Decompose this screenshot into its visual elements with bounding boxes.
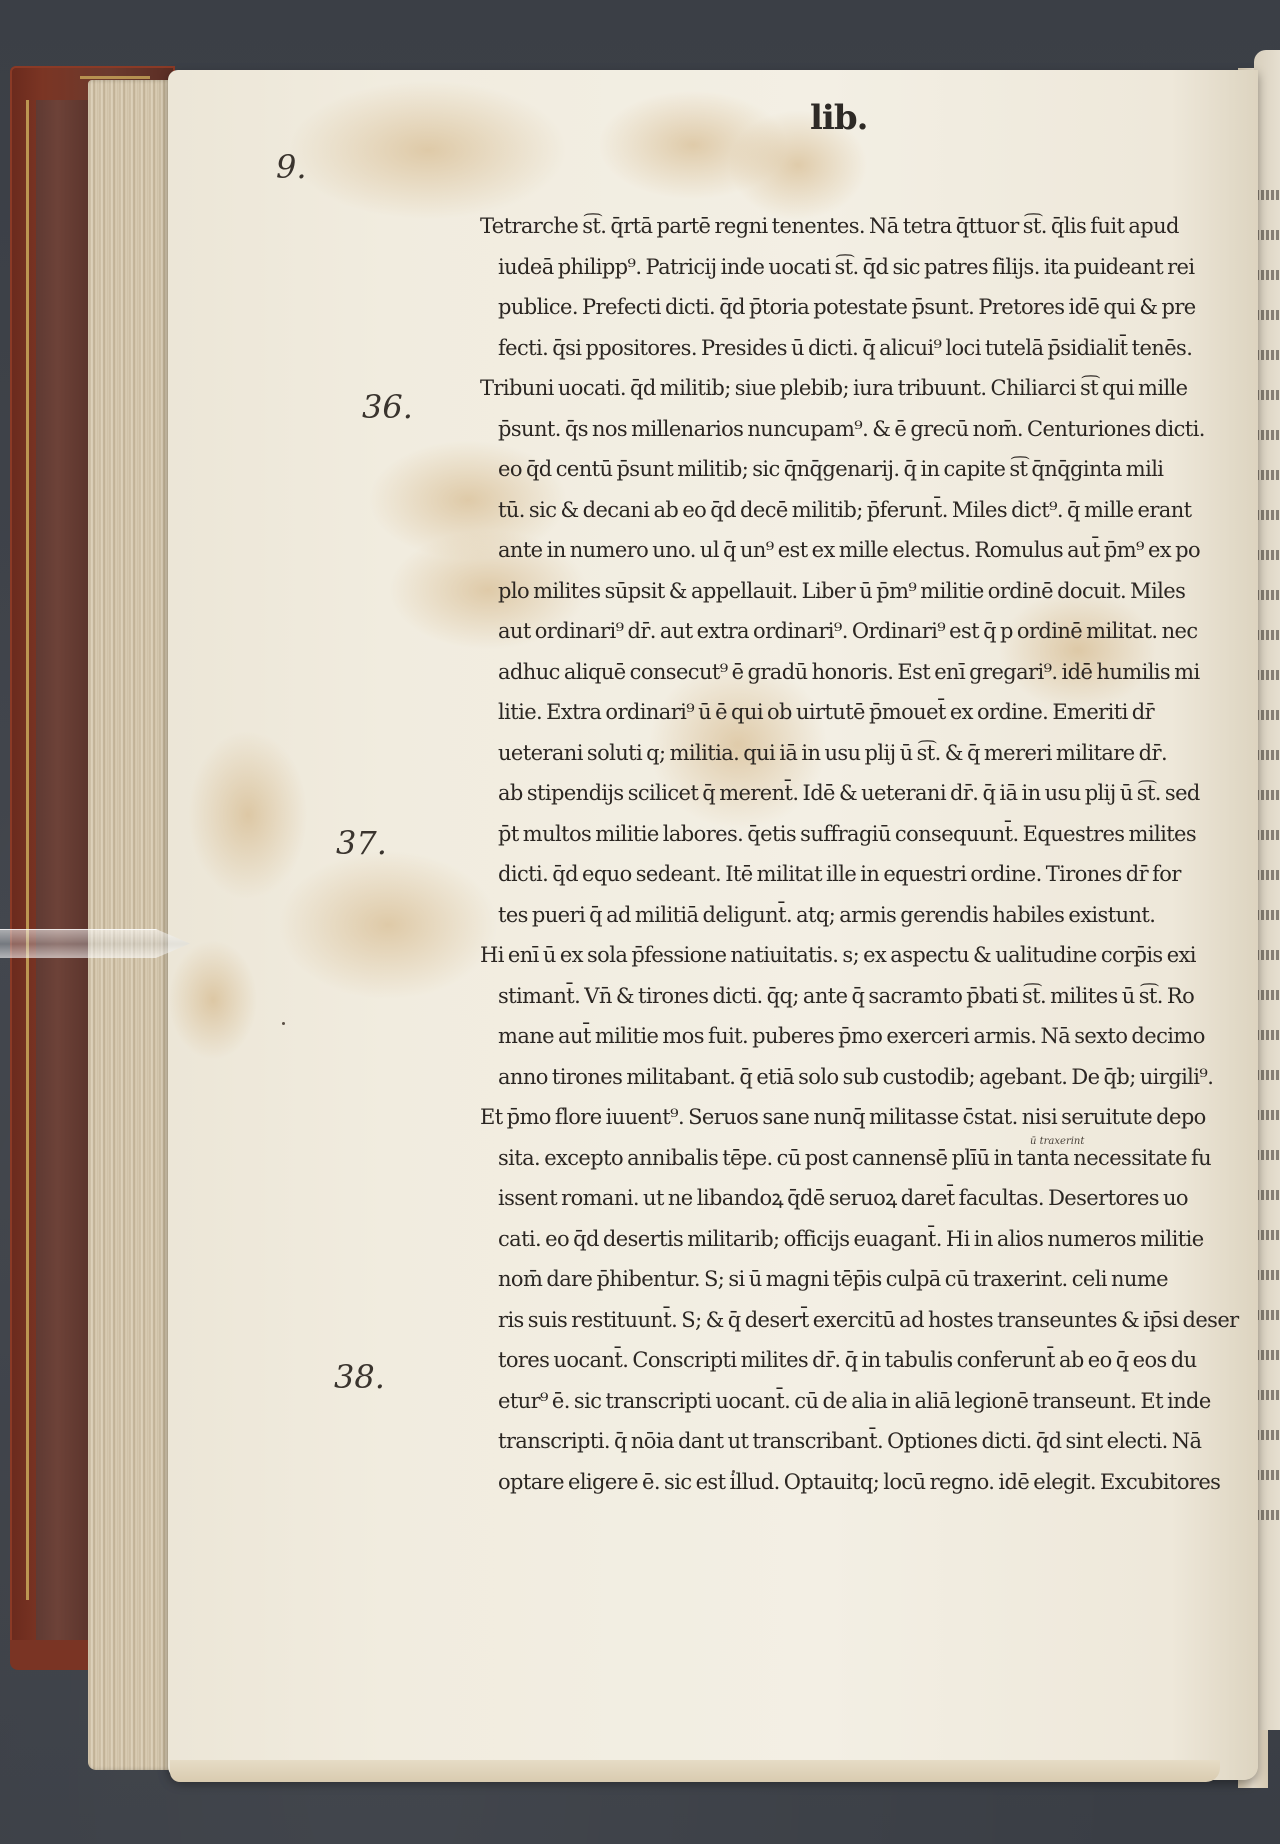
manuscript-line: fecti. q̄si ppositores. Presides ū dicti… [480,328,1240,369]
manuscript-line: etur⁹ ē. sic transcripti uocant̄. cū de … [480,1381,1240,1422]
stain [188,730,308,900]
facing-page-text-fragment [1256,830,1280,840]
manuscript-line: nom̄ dare p̄hibentur. S; si ū magni tēp̄… [480,1259,1240,1300]
facing-page-text-fragment [1256,870,1280,880]
manuscript-line: tores uocant̄. Conscripti milites dr̄. q… [480,1340,1240,1381]
facing-page-text-fragment [1256,1070,1280,1080]
manuscript-line: optare eligere ē. sic est illud. Optauit… [480,1462,1240,1503]
manuscript-line: iudeā philipp⁹. Patricij inde uocati s͡t… [480,247,1240,288]
margin-number: 38. [334,1358,385,1396]
interlinear-gloss: ū traxerint [1030,1136,1084,1147]
facing-page-text-fragment [1256,590,1280,600]
manuscript-line: Tetrarche s͡t. q̄rtā partē regni tenente… [480,206,1240,247]
facing-page-text-fragment [1256,230,1280,240]
facing-page-text-fragment [1256,350,1280,360]
manuscript-line: p̄t multos militie labores. q̄etis suffr… [480,814,1240,855]
page-pointer-bookmark[interactable] [0,929,190,958]
facing-page-text-fragment [1256,1270,1280,1280]
facing-page-text-fragment [1256,910,1280,920]
cover-gilt-line-top [80,76,150,79]
manuscript-line: Hi enī ū ex sola p̄fessione natiuitatis.… [480,935,1240,976]
manuscript-line: publice. Prefecti dicti. q̄d p̄toria pot… [480,287,1240,328]
facing-page-text-fragment [1256,1390,1280,1400]
facing-page-text-fragment [1256,190,1280,200]
manuscript-line: cati. eo q̄d desertis militarib; officij… [480,1219,1240,1260]
manuscript-line: sita. excepto annibalis tēpe. cū post ca… [480,1138,1240,1179]
manuscript-line: dicti. q̄d equo sedeant. Itē militat ill… [480,854,1240,895]
facing-page-text-fragment [1256,790,1280,800]
manuscript-line: adhuc aliquē consecut⁹ ē gradū honoris. … [480,652,1240,693]
facing-page-text-fragment [1256,1510,1280,1520]
facing-page-text-fragment [1256,310,1280,320]
facing-page-text-fragment [1256,1190,1280,1200]
facing-page-text-fragment [1256,1470,1280,1480]
facing-page-text-fragment [1256,1430,1280,1440]
stain [288,80,568,220]
text-column: Tetrarche s͡t. q̄rtā partē regni tenente… [480,206,1240,1502]
facing-page-text-fragment [1256,390,1280,400]
margin-number: 9. [276,148,307,186]
manuscript-line: Tribuni uocati. q̄d militib; siue plebib… [480,368,1240,409]
page-bottom-edge [170,1760,1220,1782]
manuscript-line: eo q̄d centū p̄sunt militib; sic q̄nq̄ge… [480,449,1240,490]
facing-page-text-fragment [1256,710,1280,720]
facing-page-text-fragment [1256,1110,1280,1120]
manuscript-line: issent romani. ut ne libandoꝝ q̄dē seruo… [480,1178,1240,1219]
manuscript-line: p̄sunt. q̄s nos millenarios nuncupam⁹. &… [480,409,1240,450]
facing-page-text-fragment [1256,430,1280,440]
ink-speck [732,1470,735,1473]
facing-page-text-fragment [1256,1150,1280,1160]
manuscript-line: ante in numero uno. ul q̄ un⁹ est ex mil… [480,530,1240,571]
facing-page-text-fragment [1256,990,1280,1000]
cover-turn-in [36,100,90,1660]
manuscript-line: ueterani soluti q; militia. qui iā in us… [480,733,1240,774]
manuscript-line: aut ordinari⁹ dr̄. aut extra ordinari⁹. … [480,611,1240,652]
facing-page-text-fragment [1256,1030,1280,1040]
manuscript-line: tes pueri q̄ ad militiā deligunt̄. atq; … [480,895,1240,936]
facing-page-text-fragment [1256,750,1280,760]
manuscript-line: anno tirones militabant. q̄ etiā solo su… [480,1057,1240,1098]
facing-page-text-fragment [1256,1350,1280,1360]
running-head: lib. [810,98,867,138]
manuscript-line: stimant̄. Vn̄ & tirones dicti. q̄q; ante… [480,976,1240,1017]
manuscript-line: ris suis restituunt̄. S; & q̄ desert̄ ex… [480,1300,1240,1341]
manuscript-line: transcripti. q̄ nōia dant ut transcriban… [480,1421,1240,1462]
facing-page-text-fragment [1256,470,1280,480]
manuscript-line: mane aut̄ militie mos fuit. puberes p̄mo… [480,1016,1240,1057]
facing-page-text-fragment [1256,950,1280,960]
ink-speck [282,1022,285,1025]
facing-page-text-fragment [1256,270,1280,280]
page-edges [88,80,178,1770]
manuscript-line: ab stipendijs scilicet q̄ merent̄. Idē &… [480,773,1240,814]
facing-page-text-fragment [1256,670,1280,680]
manuscript-line: litie. Extra ordinari⁹ ū ē qui ob uirtut… [480,692,1240,733]
manuscript-line: plo milites sūpsit & appellauit. Liber ū… [480,571,1240,612]
manuscript-line: tū. sic & decani ab eo q̄d decē militib;… [480,490,1240,531]
facing-page-text-fragment [1256,630,1280,640]
margin-number: 37. [336,824,387,862]
cover-gilt-line [26,100,29,1600]
manuscript-line: Et p̄mo flore iuuent⁹. Seruos sane nunq̄… [480,1097,1240,1138]
facing-page-text-fragment [1256,1230,1280,1240]
margin-number: 36. [362,388,413,426]
stain [168,940,258,1060]
facing-page-text-fragment [1256,1310,1280,1320]
facing-page-text-fragment [1256,550,1280,560]
facing-page-text-fragment [1256,510,1280,520]
stain [278,850,498,1000]
